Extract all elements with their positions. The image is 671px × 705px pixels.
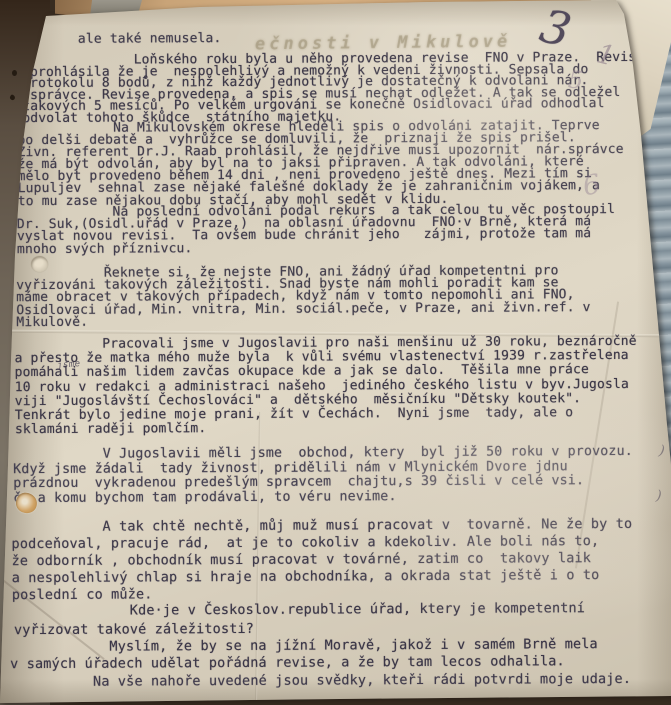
text-line: mnoho svých příznivcu. [17,241,615,256]
paragraph: Řeknete si, že nejste FNO, ani žádný úřa… [16,265,591,329]
typewritten-page: ečnosti v Mikulově ale také nemusela. Lo… [0,0,671,705]
text-line: Kde·je v Českoslov.republice úřad, ktery… [14,599,585,621]
paragraph: Loňského roku byla u něho provedena revi… [22,52,645,125]
paragraph: Kde·je v Českoslov.republice úřad, ktery… [14,599,585,640]
text-line: sklamáni raději pomlčím. [15,420,637,437]
paragraph: Na Mikulovském okrese hleděli spis o odv… [17,120,624,208]
punch-hole-top [31,256,48,272]
text-line: č, a komu bychom tam prodávali, to véru … [13,489,633,507]
paragraph: ale také nemusela. [78,33,222,46]
photo-of-document: ečnosti v Mikulově ale také nemusela. Lo… [0,0,671,705]
text-line: Na vše nahoře uvedené jsou svědky, kteři… [10,671,631,691]
text-line: Osidlovaci úřad, Min. vnitra, Min. sociá… [16,302,590,317]
paragraph: Na vše nahoře uvedené jsou svědky, kteři… [10,671,631,691]
typewritten-text: ale také nemusela. Loňského roku byla u … [0,0,671,705]
text-line: v samých úřadech udělat pořádná revise, … [10,653,598,673]
main-paper-wrap: ečnosti v Mikulově ale také nemusela. Lo… [0,0,671,705]
handwritten-insertion-note: jsme [57,359,81,371]
text-line: a nespolehlivý chlap si hraje na obchodn… [12,567,633,587]
paragraph: Myslím, že by se na jížní Moravě, jakož … [10,636,598,672]
paragraph: V Jugoslavii měli jsme obchod, ktery byl… [13,445,633,507]
paragraph: Na poslední odvoláni podal rekurs a tak … [17,204,615,256]
paragraph: Pracovali jsme v Jugoslavii pro naši men… [14,335,637,438]
handwritten-margin-mark-5: 5 [567,66,584,95]
text-line: ale také nemusela. [78,33,222,46]
paragraph: A tak chtě nechtě, můj muž musí pracovat… [11,516,632,604]
